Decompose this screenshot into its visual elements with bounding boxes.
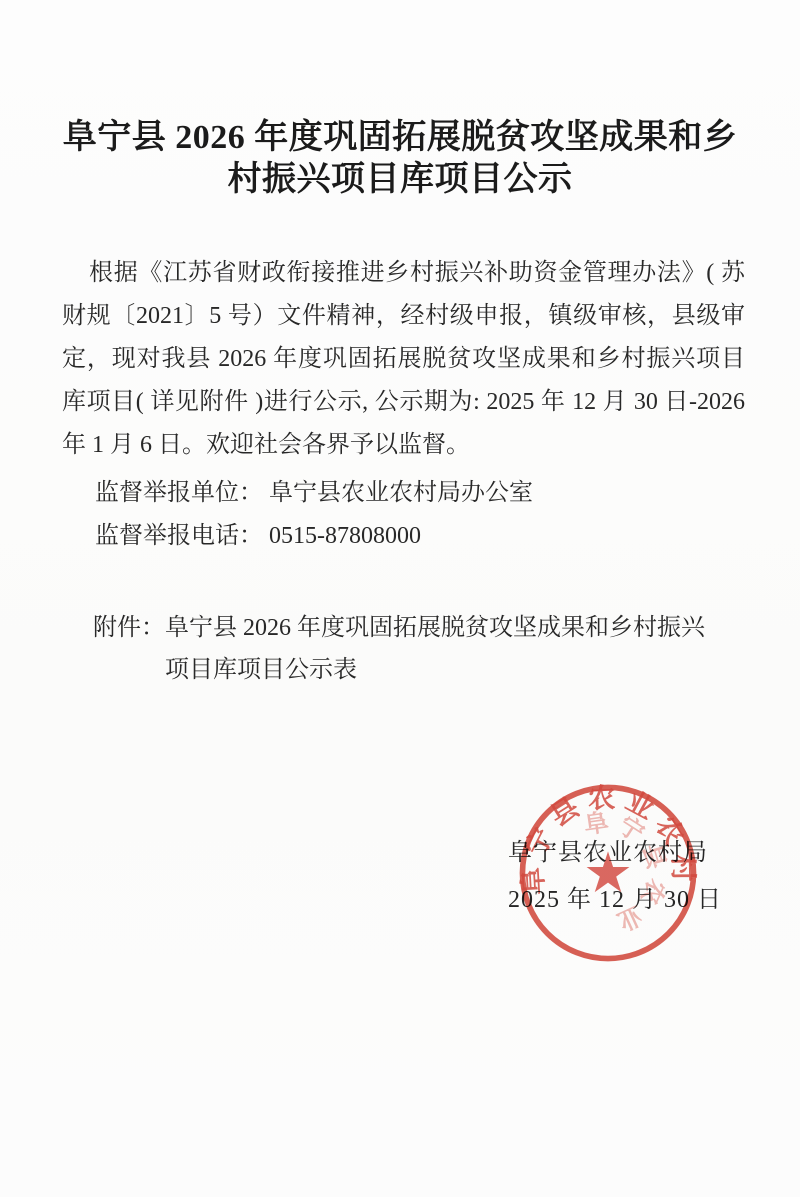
report-phone-line: 监督举报电话： 0515-87808000 <box>95 515 533 558</box>
document-page: 阜宁县 2026 年度巩固拓展脱贫攻坚成果和乡 村振兴项目库项目公示 根据《江苏… <box>0 0 800 1197</box>
body-line: 定，现对我县 2026 年度巩固拓展脱贫攻坚成果和乡村振兴项目 <box>62 338 745 381</box>
signature-agency: 阜宁县农业农村局 <box>508 830 722 877</box>
page-title: 阜宁县 2026 年度巩固拓展脱贫攻坚成果和乡 村振兴项目库项目公示 <box>30 117 770 201</box>
title-line-2: 村振兴项目库项目公示 <box>30 159 770 201</box>
body-line: 财规〔2021〕5 号）文件精神，经村级申报，镇级审核，县级审 <box>62 295 745 338</box>
attachment-label: 附件： <box>93 607 165 649</box>
body-line: 库项目( 详见附件 )进行公示, 公示期为: 2025 年 12 月 30 日-… <box>62 381 745 424</box>
body-paragraph: 根据《江苏省财政衔接推进乡村振兴补助资金管理办法》( 苏 财规〔2021〕5 号… <box>62 252 745 467</box>
attachment-content: 阜宁县 2026 年度巩固拓展脱贫攻坚成果和乡村振兴 项目库项目公示表 <box>165 607 733 691</box>
signature-block: 阜宁县农业农村局 2025 年 12 月 30 日 <box>508 830 722 924</box>
attachment-line-2: 项目库项目公示表 <box>165 649 733 691</box>
body-line: 年 1 月 6 日。欢迎社会各界予以监督。 <box>62 424 745 467</box>
signature-date: 2025 年 12 月 30 日 <box>508 877 722 924</box>
supervision-contact: 监督举报单位： 阜宁县农业农村局办公室 监督举报电话： 0515-8780800… <box>95 472 533 558</box>
report-unit-line: 监督举报单位： 阜宁县农业农村局办公室 <box>95 472 533 515</box>
body-line: 根据《江苏省财政衔接推进乡村振兴补助资金管理办法》( 苏 <box>62 252 745 295</box>
attachment-line-1: 阜宁县 2026 年度巩固拓展脱贫攻坚成果和乡村振兴 <box>165 607 733 649</box>
title-line-1: 阜宁县 2026 年度巩固拓展脱贫攻坚成果和乡 <box>30 117 770 159</box>
attachment-note: 附件： 阜宁县 2026 年度巩固拓展脱贫攻坚成果和乡村振兴 项目库项目公示表 <box>93 607 733 691</box>
